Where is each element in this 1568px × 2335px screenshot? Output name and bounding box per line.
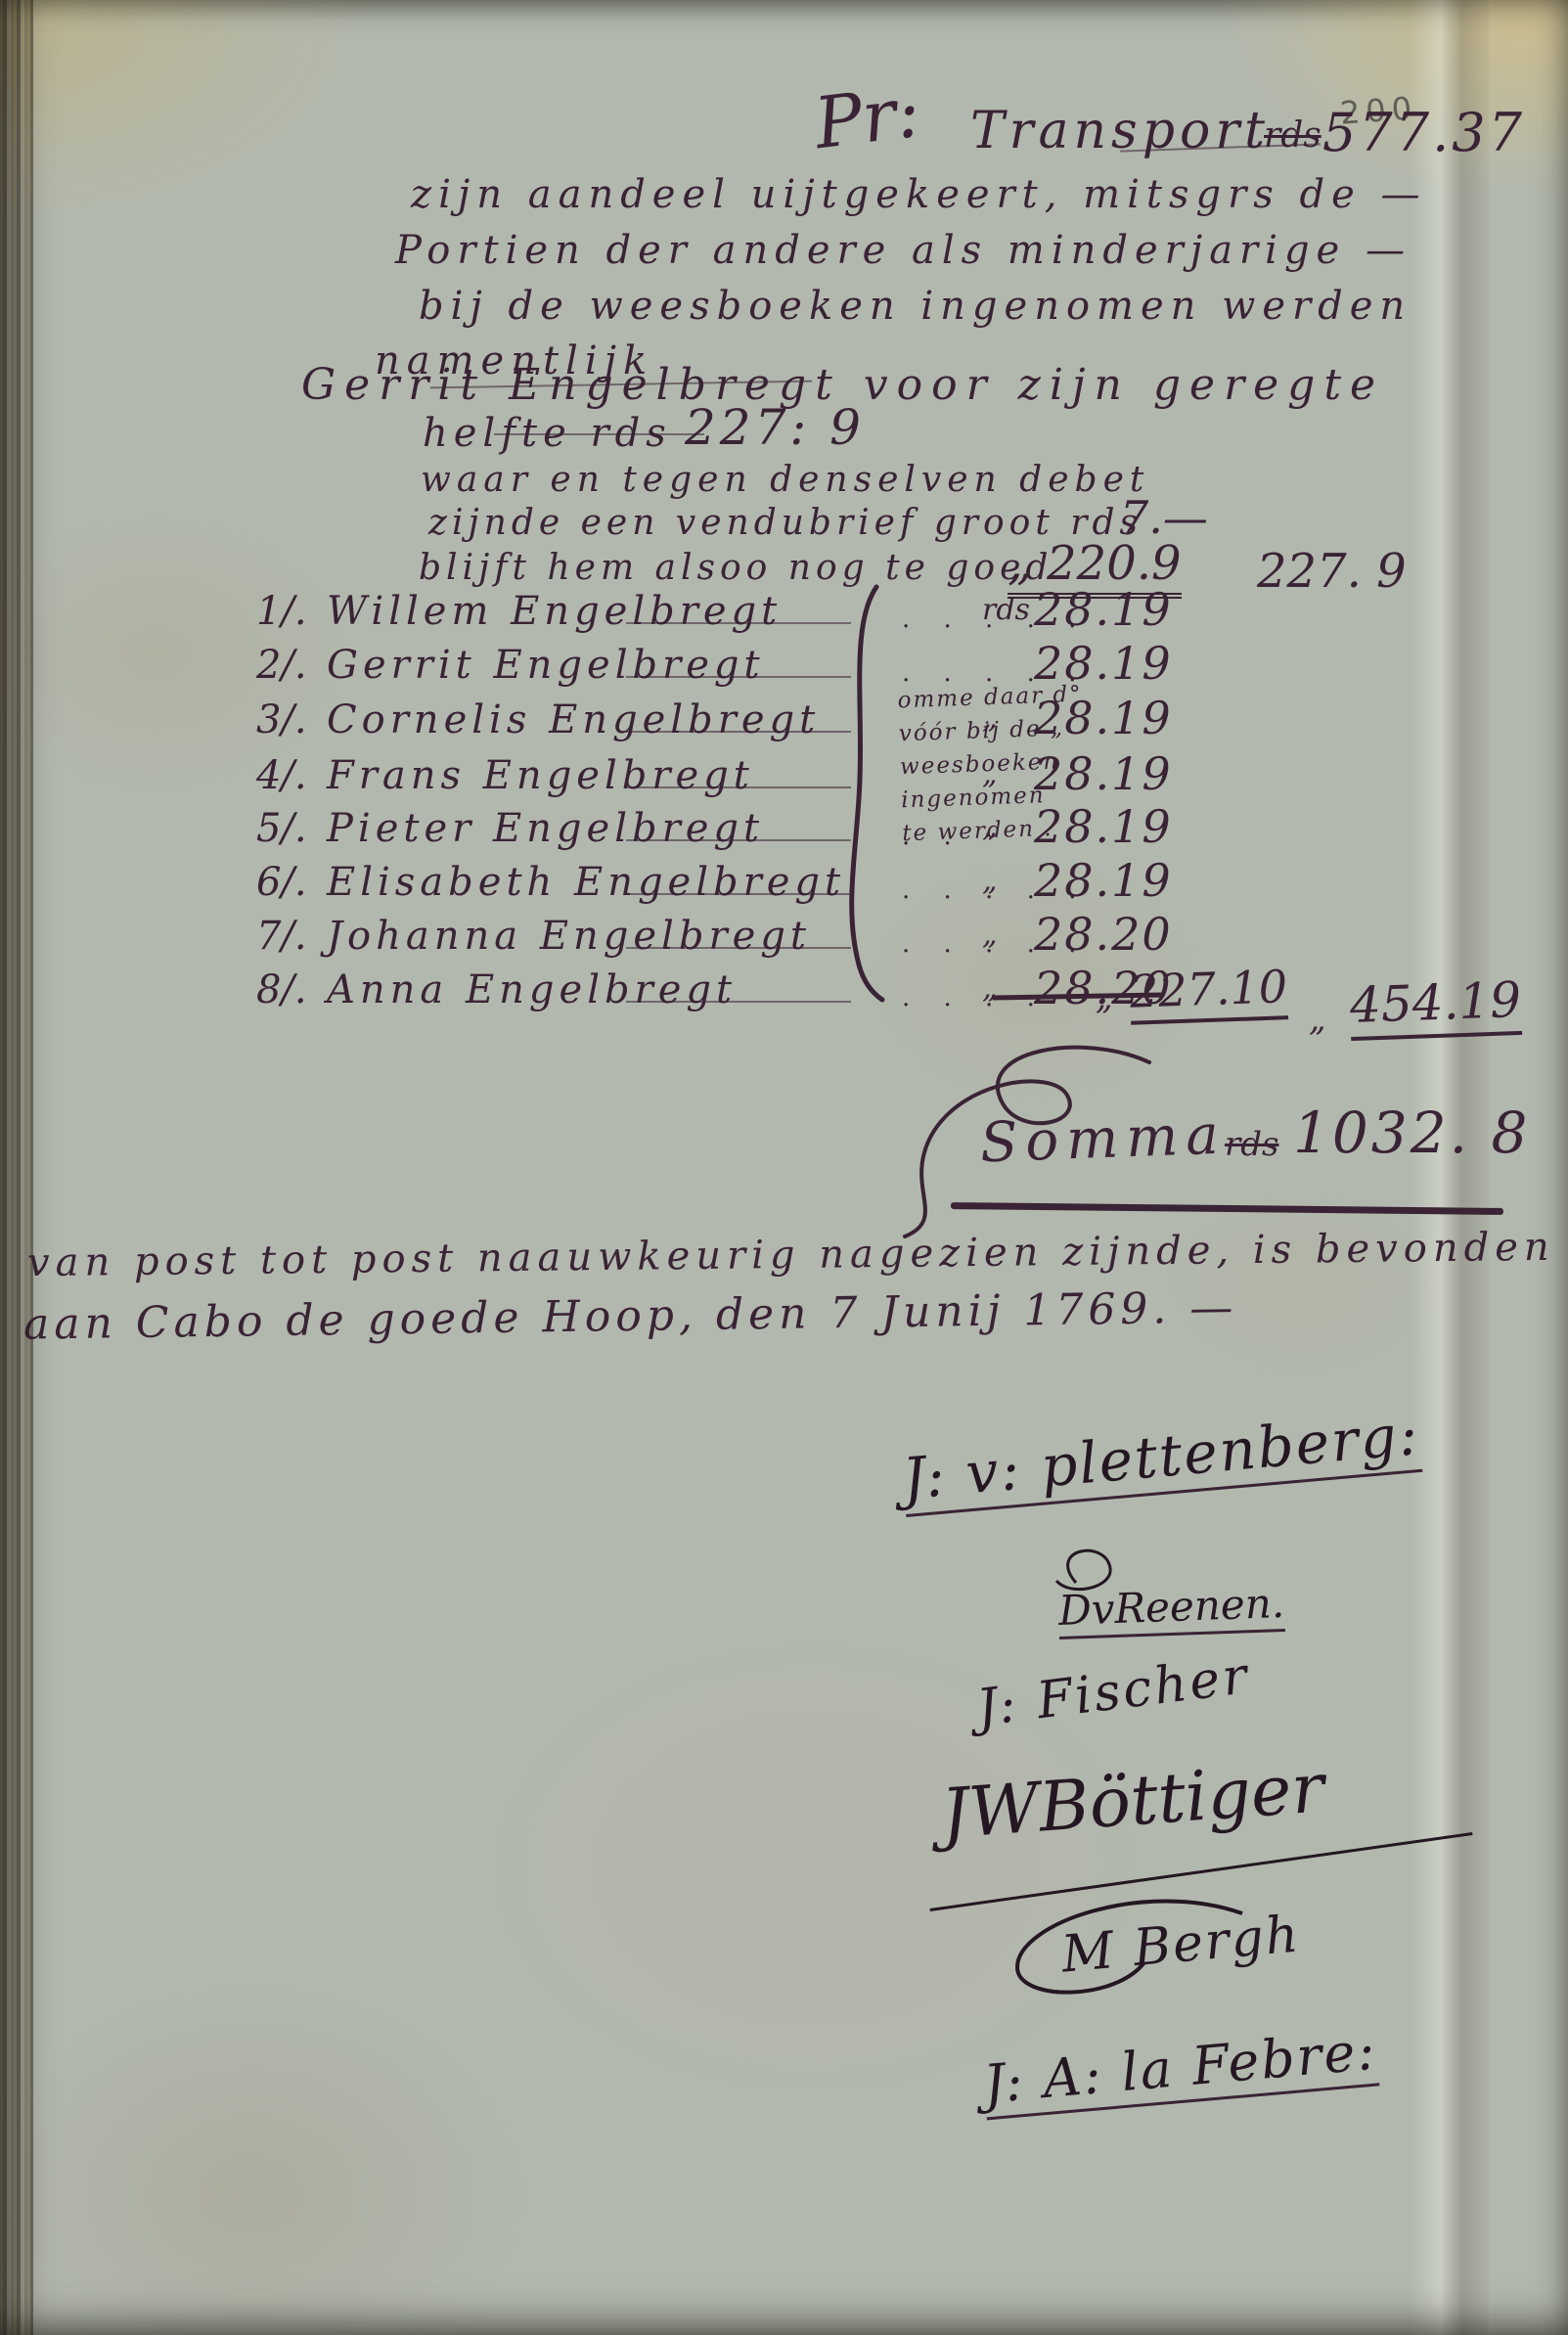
ink-stroke xyxy=(626,731,851,733)
summa-unit: rds xyxy=(1225,1125,1278,1164)
carry-amount: 227. 9 xyxy=(1257,544,1407,599)
grouping-brace xyxy=(833,583,892,1004)
heir-number: 6/. xyxy=(256,860,307,905)
heir-name: Pieter Engelbregt xyxy=(327,806,764,851)
heir-amount: 28.20 xyxy=(1034,908,1173,961)
attestation-line: van post tot post naauwkeurig nagezien z… xyxy=(27,1225,1555,1285)
transport-amount: 577.37 xyxy=(1322,102,1525,163)
heir-number: 8/. xyxy=(256,967,307,1012)
signature-lafebre: J: A: la Febre: xyxy=(981,2020,1379,2121)
page-stack-edge xyxy=(0,0,33,2335)
signature-plettenberg: J: v: plettenberg: xyxy=(900,1401,1422,1517)
ink-stroke xyxy=(626,947,851,949)
currency-mark: „ xyxy=(982,864,998,898)
intro-line: zijn aandeel uijtgekeert, mitsgrs de — xyxy=(411,172,1426,217)
brace-note-line: weesboeken xyxy=(899,744,1085,785)
currency-mark: rds xyxy=(982,593,1030,627)
summa-amount: 1032. 8 xyxy=(1293,1100,1530,1166)
page-fold-edge xyxy=(1411,0,1489,2335)
transport-unit: rds xyxy=(1264,115,1322,156)
gerrit-amount: 227: 9 xyxy=(685,399,865,456)
heir-name: Frans Engelbregt xyxy=(327,753,754,798)
currency-mark: „ xyxy=(982,971,998,1006)
heir-row: 3/. Cornelis Engelbregt „ 28.19 xyxy=(256,697,1244,754)
ink-stroke xyxy=(626,786,851,788)
heir-number: 1/. xyxy=(256,589,307,634)
brace-note-line: te werden . xyxy=(902,811,1088,851)
signature-reenen: DvReenen. xyxy=(1057,1579,1285,1639)
ink-stroke xyxy=(626,1001,851,1003)
ink-stroke xyxy=(626,676,851,678)
currency-mark: „ xyxy=(982,918,998,952)
currency-mark: „ xyxy=(1096,978,1113,1017)
heir-number: 5/. xyxy=(256,806,307,851)
gerrit-line: waar en tegen denselven debet xyxy=(421,460,1149,500)
signature-fischer: J: Fischer xyxy=(973,1646,1253,1738)
gerrit-line: blijft hem alsoo nog te goed xyxy=(419,548,1053,588)
heir-number: 7/. xyxy=(256,914,307,959)
heir-amount: 28.19 xyxy=(1034,583,1173,636)
intro-line: Portien der andere als minderjarige — xyxy=(395,228,1411,273)
heir-name: Anna Engelbregt xyxy=(327,967,737,1012)
subtotal-amount: 227.10 xyxy=(1129,960,1288,1025)
heir-name: Elisabeth Engelbregt xyxy=(327,860,845,905)
currency-mark: „ xyxy=(1309,1000,1326,1039)
intro-line: bij de weesboeken ingenomen werden xyxy=(419,284,1411,329)
heir-number: 3/. xyxy=(256,697,307,742)
transport-prefix: Pr: xyxy=(810,70,924,164)
heir-name: Willem Engelbregt xyxy=(327,589,782,634)
heir-number: 4/. xyxy=(256,753,307,798)
brace-note: omme daar d° vóór bij de „ weesboeken in… xyxy=(897,678,1088,850)
ink-stroke xyxy=(494,433,704,435)
ink-stroke xyxy=(626,839,851,841)
summa-label: Somma xyxy=(979,1103,1228,1176)
signature-bottiger: JWBöttiger xyxy=(939,1747,1327,1854)
manuscript-page-scan: 200 Pr: Transport rds 577.37 zijn aandee… xyxy=(0,0,1568,2335)
total-amount: 454.19 xyxy=(1349,971,1522,1041)
heir-amount: 28.19 xyxy=(1034,854,1173,907)
heir-name: Gerrit Engelbregt xyxy=(327,643,765,688)
heir-name: Johanna Engelbregt xyxy=(327,914,811,959)
ink-stroke xyxy=(626,622,851,624)
ink-stroke xyxy=(626,893,851,895)
heir-number: 2/. xyxy=(256,643,307,688)
attestation-line: aan Cabo de goede Hoop, den 7 Junij 1769… xyxy=(23,1282,1238,1349)
heir-name: Cornelis Engelbregt xyxy=(327,697,820,742)
